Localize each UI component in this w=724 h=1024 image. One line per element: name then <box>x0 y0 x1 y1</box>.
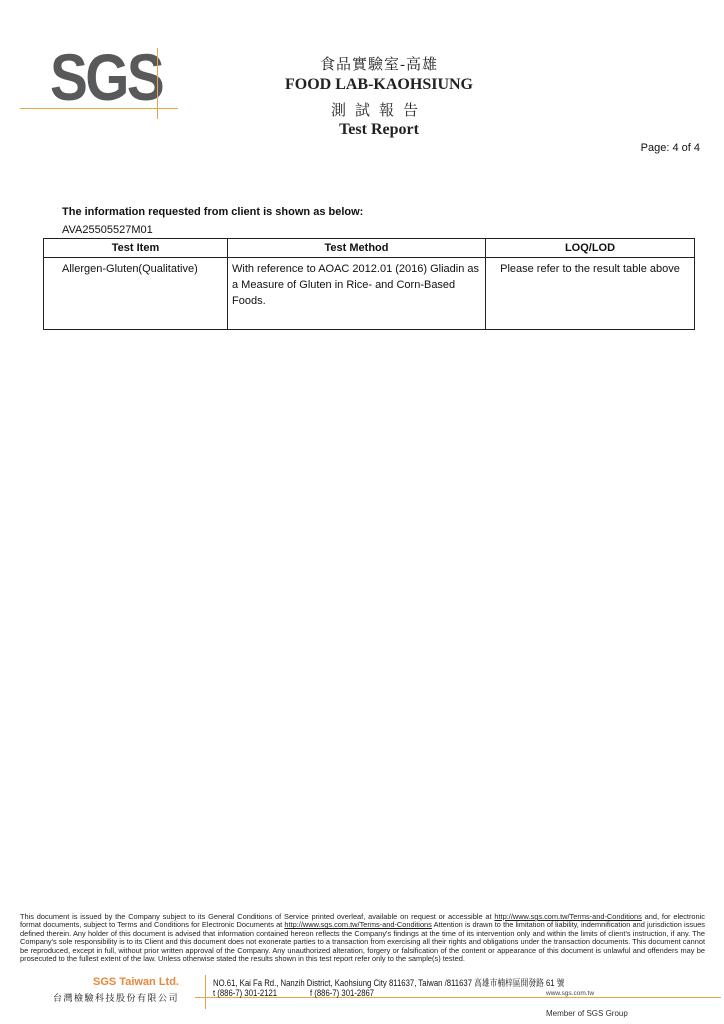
intro-text: The information requested from client is… <box>62 206 363 218</box>
footer-accent-vertical-line <box>205 975 206 1009</box>
cell-test-item: Allergen-Gluten(Qualitative) <box>44 258 228 330</box>
cell-loq-lod: Please refer to the result table above <box>486 258 695 330</box>
report-title-chinese: 測試報告 <box>0 99 724 120</box>
report-title-english: Test Report <box>0 121 724 139</box>
test-info-table: Test Item Test Method LOQ/LOD Allergen-G… <box>43 238 695 330</box>
footer-company-name-chinese: 台灣檢驗科技股份有限公司 <box>53 991 179 1004</box>
footer-member-note: Member of SGS Group <box>546 1009 628 1018</box>
lab-title-chinese: 食品實驗室-高雄 <box>0 53 724 74</box>
column-header-test-item: Test Item <box>44 239 228 258</box>
cell-test-method: With reference to AOAC 2012.01 (2016) Gl… <box>228 258 486 330</box>
column-header-test-method: Test Method <box>228 239 486 258</box>
table-header-row: Test Item Test Method LOQ/LOD <box>44 239 695 258</box>
table-row: Allergen-Gluten(Qualitative) With refere… <box>44 258 695 330</box>
footer-fax: f (886-7) 301-2867 <box>310 988 374 998</box>
page-indicator: Page: 4 of 4 <box>641 142 700 154</box>
footer-website: www.sgs.com.tw <box>546 990 594 997</box>
legal-disclaimer: This document is issued by the Company s… <box>20 913 705 963</box>
column-header-loq-lod: LOQ/LOD <box>486 239 695 258</box>
footer-company-name-english: SGS Taiwan Ltd. <box>93 976 179 988</box>
lab-title-english: FOOD LAB-KAOHSIUNG <box>0 76 724 94</box>
footer-phone: t (886-7) 301-2121 <box>213 988 277 998</box>
sample-id: AVA25505527M01 <box>62 224 153 236</box>
